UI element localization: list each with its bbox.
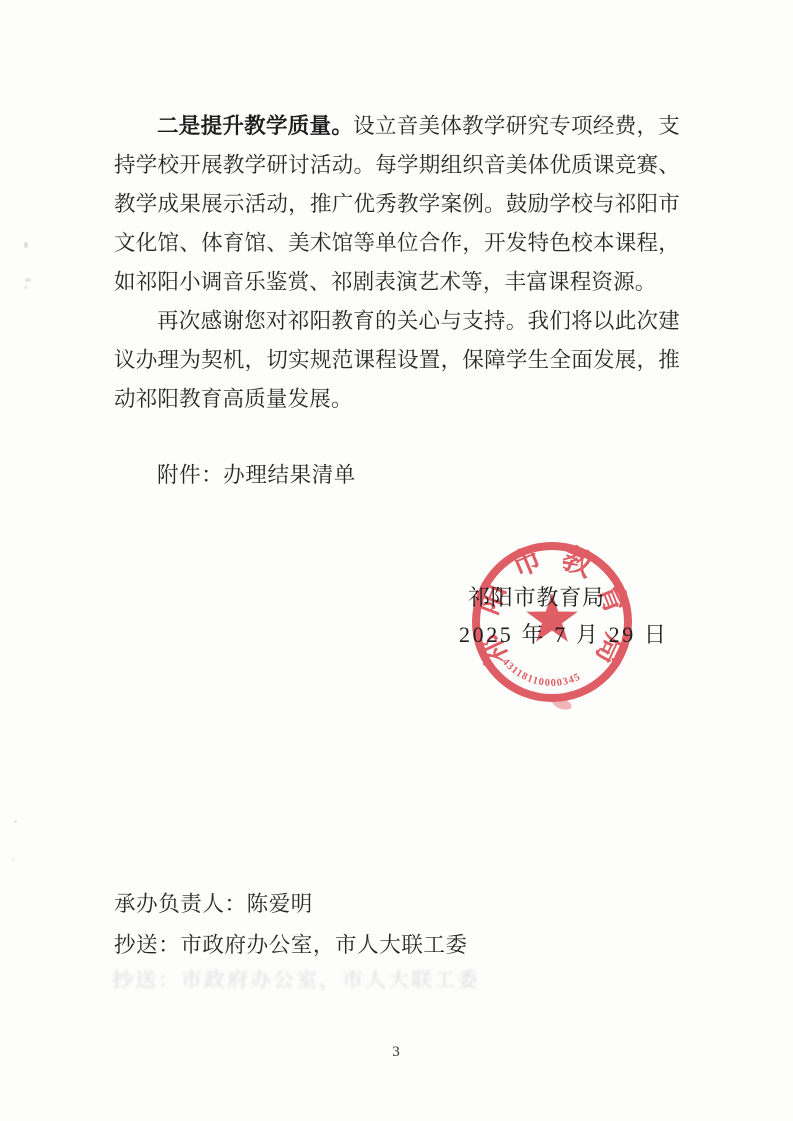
scan-speck (24, 242, 28, 248)
letter-body: 二是提升教学质量。设立音美体教学研究专项经费，支持学校开展教学研讨活动。每学期组… (114, 107, 680, 419)
cc-text: 市政府办公室，市人大联工委 (180, 933, 467, 957)
cc-line: 抄送：市政府办公室，市人大联工委 (114, 925, 468, 966)
paragraph-text: 再次感谢您对祁阳教育的关心与支持。我们将以此次建议办理为契机，切实规范课程设置，… (114, 309, 680, 411)
paragraph-bold-lead: 二是提升教学质量。 (157, 114, 353, 138)
attachment-line: 附件：办理结果清单 (114, 456, 680, 495)
bleed-through-text: 抄送：市政府办公室，市人大联工委 (112, 965, 480, 994)
scanned-letter-page: 二是提升教学质量。设立音美体教学研究专项经费，支持学校开展教学研讨活动。每学期组… (0, 0, 793, 1121)
paragraph-thanks: 再次感谢您对祁阳教育的关心与支持。我们将以此次建议办理为契机，切实规范课程设置，… (114, 302, 680, 419)
scan-speck (12, 858, 15, 861)
handler-label: 承办负责人： (114, 892, 247, 916)
footer-block: 承办负责人：陈爱明 抄送：市政府办公室，市人大联工委 (114, 884, 468, 965)
scan-speck (24, 286, 28, 289)
signature-date: 2025 年 7 月 29 日 (459, 618, 669, 649)
page-number: 3 (0, 1044, 793, 1061)
scan-speck (25, 278, 31, 282)
handler-name: 陈爱明 (247, 892, 313, 916)
paragraph-text: 设立音美体教学研究专项经费，支持学校开展教学研讨活动。每学期组织音美体优质课竞赛… (114, 114, 680, 294)
paragraph-teaching-quality: 二是提升教学质量。设立音美体教学研究专项经费，支持学校开展教学研讨活动。每学期组… (114, 107, 680, 302)
cc-label: 抄送： (114, 933, 180, 957)
signature-org: 祁阳市教育局 (468, 581, 605, 612)
scan-speck (14, 820, 17, 823)
handler-line: 承办负责人：陈爱明 (114, 884, 468, 925)
